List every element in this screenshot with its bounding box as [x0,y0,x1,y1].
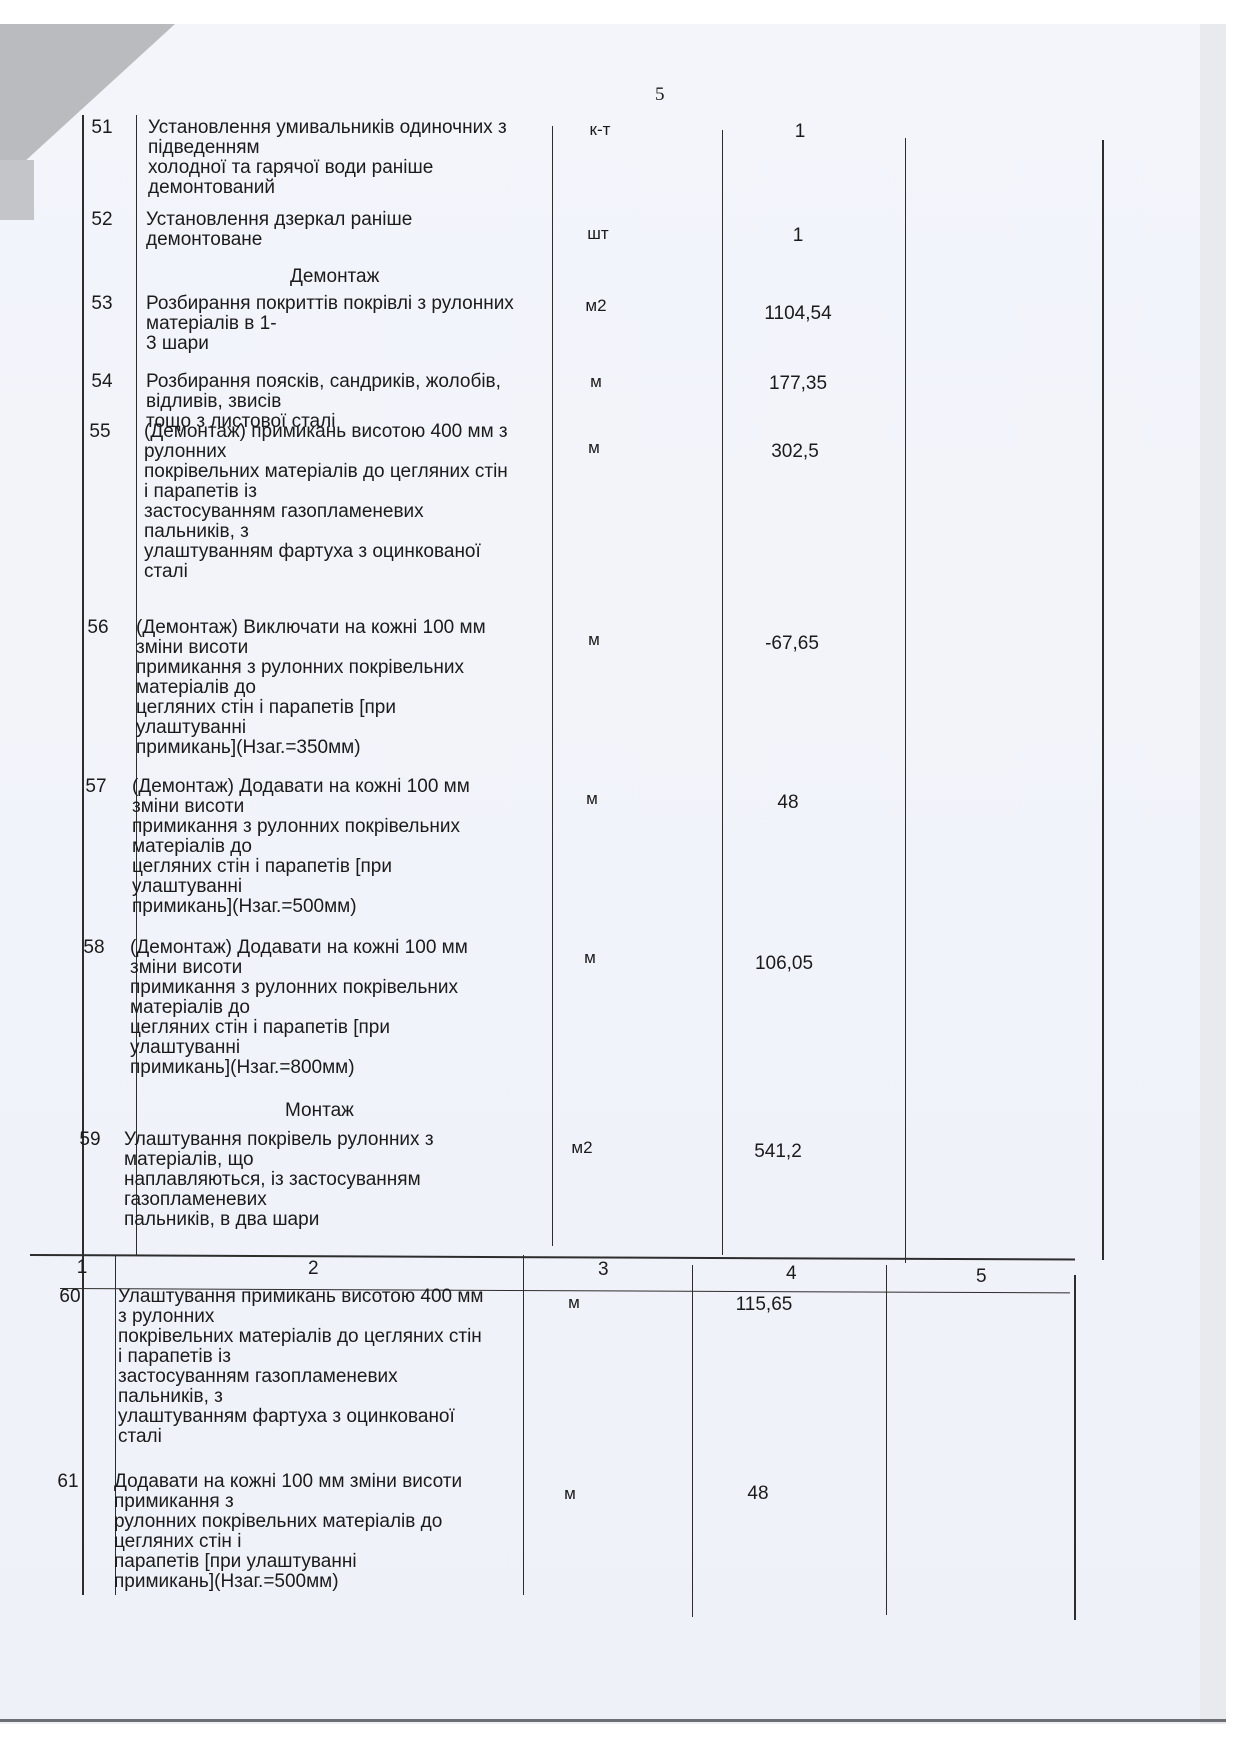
description-line: демонтований [148,178,507,198]
description-line: (Демонтаж) Додавати на кожні 100 мм [132,777,470,797]
description-line: (Демонтаж) примикань висотою 400 мм з [144,422,508,442]
description-line: відливів, звисів [146,392,501,412]
quantity: 1 [718,226,878,246]
description-line: цегляних стін і парапетів [при [130,1018,468,1038]
table-border-right-lower [1074,1275,1076,1620]
description-line: сталі [118,1427,483,1447]
description-line: демонтоване [146,230,412,250]
description-line: улаштуванням фартуха з оцинкованої [144,542,508,562]
description-line: пальників, з [118,1387,483,1407]
page-edge-shadow [0,160,34,220]
description-line: (Демонтаж) Додавати на кожні 100 мм [130,938,468,958]
column-header-3: 3 [598,1260,609,1280]
unit-of-measure: м2 [522,1138,642,1158]
description-line: матеріалів, що [124,1150,434,1170]
work-description: (Демонтаж) Додавати на кожні 100 ммзміни… [132,777,470,917]
work-description: Улаштування покрівель рулонних зматеріал… [124,1130,434,1230]
description-line: підведенням [148,138,507,158]
description-line: пальників, з [144,522,508,542]
unit-of-measure: м [534,438,654,458]
column-header-4: 4 [786,1264,797,1284]
row-number: 51 [82,118,122,138]
row-number: 60 [50,1287,90,1307]
description-line: Додавати на кожні 100 мм зміни висоти [114,1472,462,1492]
quantity: -67,65 [712,634,872,654]
description-line: примикань](Нзаг.=500мм) [132,897,470,917]
quantity: 177,35 [718,374,878,394]
description-line: Розбирання поясків, сандриків, жолобів, [146,372,501,392]
row-number: 54 [82,372,122,392]
quantity: 115,65 [684,1295,844,1315]
col-divider-2 [552,126,553,1246]
row-number: 59 [70,1130,110,1150]
unit-of-measure: м2 [536,296,656,316]
page-number: 5 [655,84,665,106]
description-line: покрівельних матеріалів до цегляних стін [118,1327,483,1347]
work-description: Розбирання покриттів покрівлі з рулонних… [146,294,514,354]
column-header-5: 5 [976,1267,987,1287]
description-line: примикань](Нзаг.=800мм) [130,1058,468,1078]
description-line: примикання з рулонних покрівельних [136,658,486,678]
description-line: улаштуванні [130,1038,468,1058]
description-line: застосуванням газопламеневих [144,502,508,522]
description-line: наплавляються, із застосуванням [124,1170,434,1190]
unit-of-measure: к-т [540,120,660,140]
table-border-right [1102,140,1104,1260]
col-divider-4-lower [886,1265,887,1615]
description-line: Улаштування покрівель рулонних з [124,1130,434,1150]
row-number: 56 [78,618,118,638]
quantity: 1 [720,122,880,142]
section-heading-installation: Монтаж [285,1101,354,1121]
column-header-2: 2 [308,1259,319,1279]
unit-of-measure: м [534,630,654,650]
work-description: (Демонтаж) Виключати на кожні 100 ммзмін… [136,618,486,758]
row-number: 61 [48,1472,88,1492]
description-line: 3 шари [146,334,514,354]
description-line: цегляних стін і парапетів [при [132,857,470,877]
description-line: улаштуванні [136,718,486,738]
unit-of-measure: м [536,372,656,392]
col-divider-3 [722,130,723,1255]
work-description: Установлення дзеркал ранішедемонтоване [146,210,412,250]
row-number: 52 [82,210,122,230]
description-line: примикань](Нзаг.=500мм) [114,1572,462,1592]
unit-of-measure: м [510,1484,630,1504]
description-line: зміни висоти [132,797,470,817]
description-line: улаштуванні [132,877,470,897]
description-line: і парапетів із [118,1347,483,1367]
unit-of-measure: м [532,789,652,809]
description-line: примикання з [114,1492,462,1512]
description-line: рулонних покрівельних матеріалів до [114,1512,462,1532]
quantity: 48 [678,1484,838,1504]
row-number: 53 [82,294,122,314]
row-number: 58 [74,938,114,958]
description-line: матеріалів в 1- [146,314,514,334]
description-line: матеріалів до [136,678,486,698]
description-line: застосуванням газопламеневих [118,1367,483,1387]
unit-of-measure: шт [538,224,658,244]
table-border-left [82,115,84,1595]
description-line: пальників, в два шари [124,1210,434,1230]
unit-of-measure: м [514,1293,634,1313]
unit-of-measure: м [530,948,650,968]
section-heading-dismantling: Демонтаж [290,267,379,287]
col-divider-3-lower [692,1265,693,1617]
row-number: 55 [80,422,120,442]
description-line: матеріалів до [132,837,470,857]
description-line: зміни висоти [130,958,468,978]
page-bottom-edge [0,1719,1226,1722]
description-line: Розбирання покриттів покрівлі з рулонних [146,294,514,314]
description-line: покрівельних матеріалів до цегляних стін [144,462,508,482]
description-line: цегляних стін і парапетів [при [136,698,486,718]
row-number: 57 [76,777,116,797]
col-divider-4 [905,138,906,1263]
description-line: рулонних [144,442,508,462]
description-line: зміни висоти [136,638,486,658]
page-right-edge [1200,24,1226,1724]
work-description: Улаштування примикань висотою 400 ммз ру… [118,1287,483,1447]
work-description: (Демонтаж) примикань висотою 400 мм зрул… [144,422,508,582]
column-header-1: 1 [62,1258,102,1278]
description-line: Установлення дзеркал раніше [146,210,412,230]
quantity: 1104,54 [718,304,878,324]
quantity: 48 [708,793,868,813]
description-line: примикань](Нзаг.=350мм) [136,738,486,758]
work-description: Установлення умивальників одиночних зпід… [148,118,507,198]
work-description: (Демонтаж) Додавати на кожні 100 ммзміни… [130,938,468,1078]
description-line: парапетів [при улаштуванні [114,1552,462,1572]
description-line: примикання з рулонних покрівельних [130,978,468,998]
description-line: улаштуванням фартуха з оцинкованої [118,1407,483,1427]
description-line: матеріалів до [130,998,468,1018]
description-line: Улаштування примикань висотою 400 мм [118,1287,483,1307]
description-line: примикання з рулонних покрівельних [132,817,470,837]
description-line: (Демонтаж) Виключати на кожні 100 мм [136,618,486,638]
description-line: з рулонних [118,1307,483,1327]
description-line: холодної та гарячої води раніше [148,158,507,178]
description-line: і парапетів із [144,482,508,502]
description-line: Установлення умивальників одиночних з [148,118,507,138]
quantity: 541,2 [698,1142,858,1162]
work-description: Додавати на кожні 100 мм зміни висотипри… [114,1472,462,1592]
quantity: 106,05 [704,954,864,974]
description-line: цегляних стін і [114,1532,462,1552]
description-line: сталі [144,562,508,582]
description-line: газопламеневих [124,1190,434,1210]
quantity: 302,5 [715,442,875,462]
